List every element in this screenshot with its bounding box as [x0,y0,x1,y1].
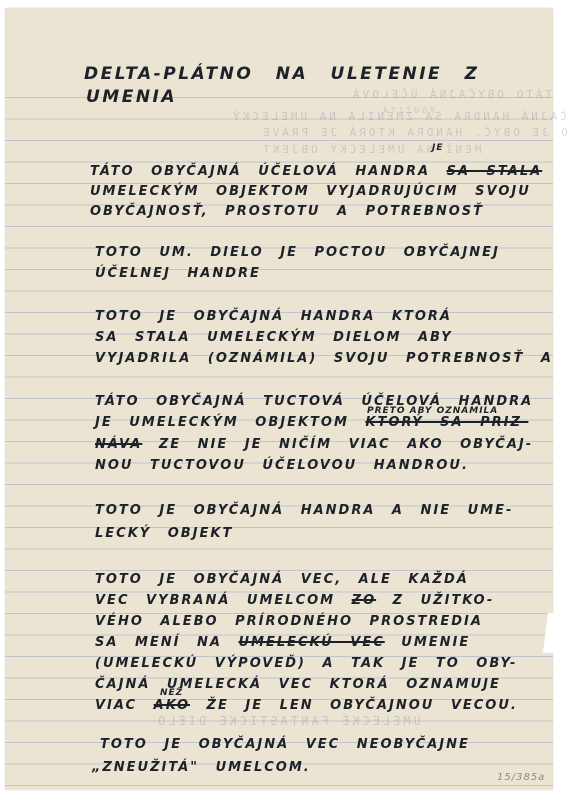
struck-text: AKO [154,698,190,713]
text-line: VIAC AKO ŽE JE LEN OBYČAJNOU VECOU. [95,698,518,713]
struck-text: ZO [352,593,376,608]
text-line: VYJADRILA (OZNÁMILA) SVOJU POTREBNOSŤ A [95,351,553,366]
line-text: VIAC [95,698,137,713]
text-line: UMELECKÝM OBJEKTOM VYJADRUJÚCIM SVOJU [90,184,531,199]
text-line: TÁTO OBYČAJNÁ ÚČELOVÁ HANDRA SA STALA [90,164,542,179]
text-line: OBYČAJNOSŤ, PROSTOTU A POTREBNOSŤ [90,204,484,219]
line-text: TÁTO OBYČAJNÁ ÚČELOVÁ HANDRA [90,164,430,179]
text-line: LECKÝ OBJEKT [95,526,233,541]
text-line: VEC VYBRANÁ UMELCOM ZO Z UŽITKO- [95,593,494,608]
struck-text: SA STALA [447,164,543,179]
text-line: TOTO JE OBYČAJNÁ VEC, ALE KAŽDÁ [95,572,469,587]
line-text: UMENIE [401,635,470,650]
text-line: JE UMELECKÝM OBJEKTOM KTORÝ SA PRIZ- [95,415,528,430]
line-text: Z UŽITKO- [393,593,495,608]
show-through-text: MENÍ NA UMELECKÝ OBJEKT [260,143,481,156]
text-line: TOTO UM. DIELO JE POCTOU OBYČAJNEJ [95,245,500,260]
show-through-text: OBYČAJNÁ HANDRA SA ZMENILA NA UMELECKÝ [230,110,569,123]
text-line: NOU TUCTOVOU ÚČELOVOU HANDROU. [95,458,469,473]
line-text: SA MENÍ NA [95,635,222,650]
text-line: ČAJNÁ UMELECKÁ VEC KTORÁ OZNAMUJE [95,677,501,692]
struck-text: UMELECKÚ VEC [238,635,384,650]
struck-text: NÁVA [95,437,142,452]
text-line: VÉHO ALEBO PRÍRODNÉHO PROSTREDIA [95,614,483,629]
text-line: ÚČELNEJ HANDRE [95,266,261,281]
line-text: ZE NIE JE NIČÍM VIAC AKO OBYČAJ- [159,437,533,452]
show-through-text: TÁTO OBYČAJNÁ ÚČELOVÁ [350,88,552,101]
text-line: (UMELECKÚ VÝPOVEĎ) A TAK JE TO OBY- [95,656,517,671]
text-line: SA STALA UMELECKÝM DIELOM ABY [95,330,453,345]
line-text: JE UMELECKÝM OBJEKTOM [95,415,349,430]
struck-text: KTORÝ SA PRIZ- [365,415,528,430]
line-text: ŽE JE LEN OBYČAJNOU VECOU. [207,698,518,713]
show-through-text: TOTO JE OBYČ. HANDRA KTORÁ JE PRÁVE [260,126,569,139]
insertion-mark: NEŽ [160,688,183,698]
text-line: TOTO JE OBYČAJNÁ HANDRA A NIE UME- [95,503,513,518]
document-title-line: DELTA-PLÁTNO NA ULETENIE Z [84,64,479,84]
line-text: VEC VYBRANÁ UMELCOM [95,593,335,608]
catalog-number: 15/385a [497,772,545,783]
text-line: TOTO JE OBYČAJNÁ VEC NEOBYČAJNE [100,737,470,752]
show-through-text: UMELECKÉ FANTASTICKÉ DIELO [155,714,421,728]
text-line: „ZNEUŽITÁ" UMELCOM. [92,760,311,775]
insertion-mark: JE [432,143,444,153]
text-line: SA MENÍ NA UMELECKÚ VEC UMENIE [95,635,470,650]
text-line: NÁVA ZE NIE JE NIČÍM VIAC AKO OBYČAJ- [95,437,533,452]
document-title-line: UMENIA [86,87,177,107]
text-line: TOTO JE OBYČAJNÁ HANDRA KTORÁ [95,309,452,324]
